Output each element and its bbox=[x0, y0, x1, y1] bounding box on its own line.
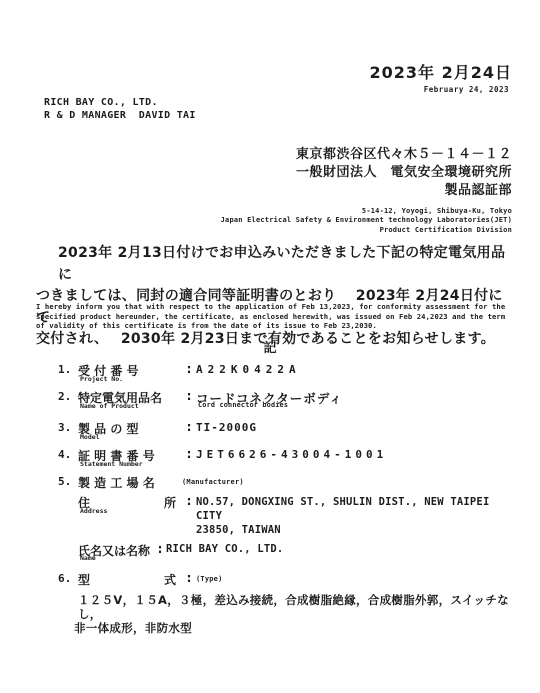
name-label-wrap: 氏名又は名称 Name bbox=[78, 542, 154, 559]
issuer-organization-en: Japan Electrical Safety & Environment te… bbox=[221, 216, 512, 225]
addressee-block: RICH BAY CO., LTD. R & D MANAGER DAVID T… bbox=[44, 97, 196, 122]
address-label-wrap: 住 所 Address bbox=[78, 494, 182, 511]
addressee-contact: R & D MANAGER DAVID TAI bbox=[44, 110, 196, 123]
item6-label-wrap: 型 式 bbox=[78, 571, 182, 588]
item4-number: 4. bbox=[58, 447, 78, 461]
product-name-en: Cord connector bodies bbox=[198, 401, 288, 409]
item6-label-en: (Type) bbox=[196, 571, 223, 583]
project-no-value: A22K0422A bbox=[196, 362, 301, 376]
issue-date-block: 2023年 2月24日 February 24, 2023 bbox=[369, 60, 512, 94]
manufacturer-name-value: RICH BAY CO., LTD. bbox=[166, 542, 283, 557]
item-project-no: 1. 受 付 番 号 Project No. : A22K0422A bbox=[58, 362, 513, 379]
name-indent bbox=[58, 542, 78, 543]
item-statement-number: 4. 証 明 書 番 号 Statement Number : JET6626-… bbox=[58, 447, 513, 464]
notification-en-line1: I hereby inform you that with respect to… bbox=[36, 302, 505, 312]
certificate-details-list: 1. 受 付 番 号 Project No. : A22K0422A 2. 特定… bbox=[58, 362, 513, 635]
notification-en-line2: specified product hereunder, the certifi… bbox=[36, 312, 505, 322]
item-type-header: 6. 型 式 : (Type) bbox=[58, 571, 513, 588]
manufacturer-name-row: 氏名又は名称 Name : RICH BAY CO., LTD. bbox=[58, 542, 513, 559]
name-label-en: Name bbox=[80, 554, 96, 562]
item-model: 3. 製 品 の 型 Model : TI-2000G bbox=[58, 420, 513, 437]
item6-colon: : bbox=[182, 571, 196, 585]
item1-colon: : bbox=[182, 362, 196, 376]
item5-label-en: (Manufacturer) bbox=[182, 474, 244, 486]
issuer-department-jp: 製品認証部 bbox=[221, 182, 512, 200]
manufacturer-address-line1: NO.57, DONGXING ST., SHULIN DIST., NEW T… bbox=[196, 495, 513, 523]
issuer-address-jp: 東京都渋谷区代々木５－１４－１２ bbox=[221, 146, 512, 164]
addressee-company: RICH BAY CO., LTD. bbox=[44, 97, 196, 110]
item3-colon: : bbox=[182, 420, 196, 434]
issuer-block-english: 5-14-12, Yoyogi, Shibuya-Ku, Tokyo Japan… bbox=[221, 207, 512, 235]
notification-jp-line1: 2023年 2月13日付けでお申込みいただきました下記の特定電気用品に bbox=[36, 243, 514, 286]
address-label-en: Address bbox=[80, 507, 107, 515]
address-indent bbox=[58, 494, 78, 495]
item2-colon: : bbox=[182, 389, 196, 403]
item3-label-wrap: 製 品 の 型 Model bbox=[78, 420, 182, 437]
item5-number: 5. bbox=[58, 474, 78, 488]
item2-label-wrap: 特定電気用品名 Name of Product bbox=[78, 389, 182, 406]
issuer-address-en: 5-14-12, Yoyogi, Shibuya-Ku, Tokyo bbox=[221, 207, 512, 216]
type-label-left: 型 bbox=[78, 571, 90, 588]
item3-number: 3. bbox=[58, 420, 78, 434]
type-specification: １２５V，１５A，３極，差込み接続，合成樹脂絶縁，合成樹脂外郭，スイッチなし， … bbox=[58, 593, 513, 635]
notification-en-line3: of validity of this certificate is from … bbox=[36, 321, 505, 331]
item4-label-en: Statement Number bbox=[80, 460, 143, 468]
item1-number: 1. bbox=[58, 362, 78, 376]
issue-date-english: February 24, 2023 bbox=[369, 85, 512, 94]
address-label-right: 所 bbox=[164, 494, 176, 511]
item2-label-en: Name of Product bbox=[80, 402, 139, 410]
ki-heading: 記 bbox=[0, 337, 540, 356]
item6-number: 6. bbox=[58, 571, 78, 585]
model-value: TI-2000G bbox=[196, 420, 257, 434]
item-product-name: 2. 特定電気用品名 Name of Product : コードコネクターボディ… bbox=[58, 389, 513, 407]
issuer-organization-jp: 一般財団法人 電気安全環境研究所 bbox=[221, 164, 512, 182]
issuer-block: 東京都渋谷区代々木５－１４－１２ 一般財団法人 電気安全環境研究所 製品認証部 … bbox=[221, 146, 512, 235]
notification-paragraph-jp: 2023年 2月13日付けでお申込みいただきました下記の特定電気用品に つきまし… bbox=[36, 243, 514, 351]
issue-date-japanese: 2023年 2月24日 bbox=[369, 60, 512, 83]
type-spec-line1: １２５V，１５A，３極，差込み接続，合成樹脂絶縁，合成樹脂外郭，スイッチなし， bbox=[74, 593, 513, 621]
item4-label-wrap: 証 明 書 番 号 Statement Number bbox=[78, 447, 182, 464]
statement-number-value: JET6626-43004-1001 bbox=[196, 447, 387, 461]
item3-label-en: Model bbox=[80, 433, 100, 441]
address-value-wrap: NO.57, DONGXING ST., SHULIN DIST., NEW T… bbox=[196, 494, 513, 538]
item4-colon: : bbox=[182, 447, 196, 461]
certificate-letter-page: { "date": { "jp": "2023年 2月24日", "en": "… bbox=[0, 0, 540, 693]
type-label-right: 式 bbox=[164, 571, 176, 588]
manufacturer-address-line2: 23850, TAIWAN bbox=[196, 523, 513, 538]
notification-paragraph-en: I hereby inform you that with respect to… bbox=[36, 302, 505, 331]
item5-label-jp: 製 造 工 場 名 bbox=[78, 476, 155, 490]
address-colon: : bbox=[182, 494, 196, 508]
manufacturer-address-row: 住 所 Address : NO.57, DONGXING ST., SHULI… bbox=[58, 494, 513, 538]
name-colon: : bbox=[154, 542, 166, 556]
item1-label-en: Project No. bbox=[80, 375, 123, 383]
type-spec-line2: 非一体成形，非防水型 bbox=[74, 621, 513, 635]
item1-label-wrap: 受 付 番 号 Project No. bbox=[78, 362, 182, 379]
issuer-department-en: Product Certification Division bbox=[221, 226, 512, 235]
item-manufacturer-header: 5. 製 造 工 場 名 (Manufacturer) bbox=[58, 474, 513, 491]
product-name-value-wrap: コードコネクターボディ Cord connector bodies bbox=[196, 389, 343, 407]
item2-number: 2. bbox=[58, 389, 78, 403]
item5-label-wrap: 製 造 工 場 名 bbox=[78, 474, 182, 491]
